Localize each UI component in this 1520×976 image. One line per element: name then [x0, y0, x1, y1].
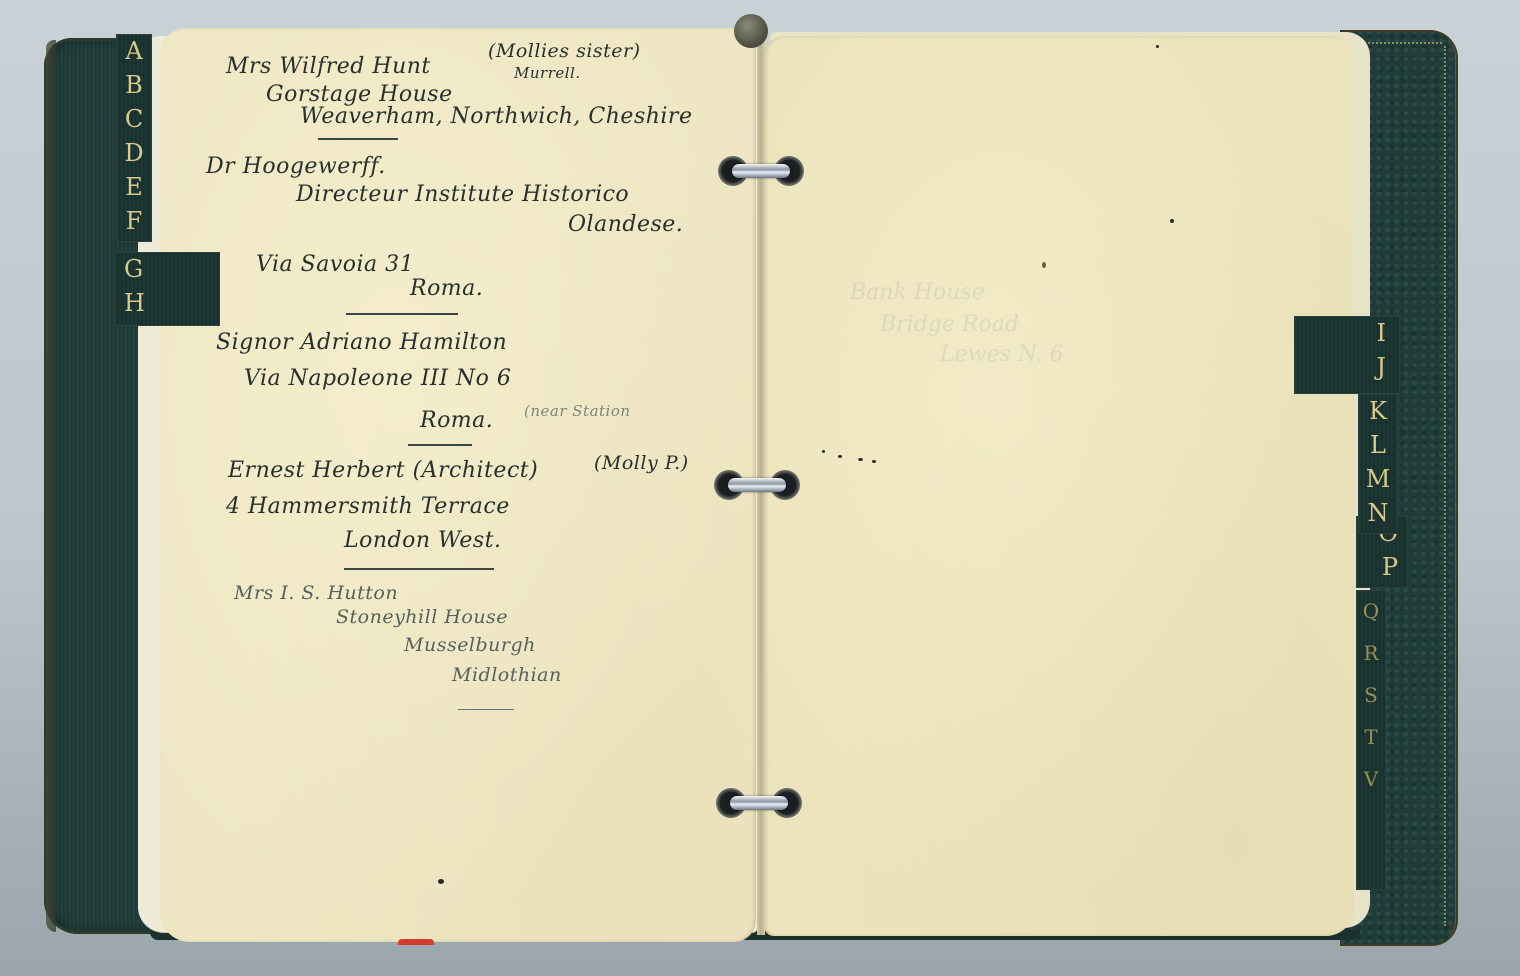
ink-speck	[872, 460, 876, 463]
index-tab-g-h[interactable]: G H	[114, 252, 220, 326]
index-tab-k-n[interactable]: K L M N	[1358, 394, 1398, 534]
tab-letter: V	[1356, 758, 1386, 800]
entry-name: Mrs I. S. Hutton	[234, 582, 398, 604]
entry-address-line: Via Napoleone III No 6	[244, 366, 511, 391]
entry-address-line: 4 Hammersmith Terrace	[226, 494, 510, 519]
index-tab-q-v[interactable]: Q R S T V	[1356, 590, 1386, 890]
ink-speck	[1170, 219, 1174, 223]
entry-address-line: Midlothian	[452, 664, 562, 686]
tab-letter: C	[116, 102, 152, 136]
ink-speck	[1156, 45, 1159, 48]
left-cover-edge	[46, 40, 56, 932]
entry-address-line: Via Savoia 31	[256, 252, 414, 277]
entry-note: (near Station	[524, 402, 631, 420]
entry-divider	[318, 138, 398, 140]
tab-letter: A	[116, 34, 152, 68]
tab-letter: E	[116, 170, 152, 204]
cover-stitching-top	[1360, 42, 1442, 44]
tab-letter: K	[1358, 394, 1398, 428]
binder-ring-bottom	[716, 784, 804, 822]
entry-divider	[408, 444, 472, 446]
entry-name: Ernest Herbert (Architect)	[228, 458, 538, 483]
entry-address-line: Roma.	[420, 408, 493, 433]
tab-letter: P	[1356, 550, 1398, 584]
entry-address-line: Weaverham, Northwich, Cheshire	[300, 104, 692, 129]
right-page	[764, 36, 1354, 936]
tab-letter: J	[1294, 350, 1386, 384]
tab-letter: I	[1294, 316, 1386, 350]
tab-letter: F	[116, 204, 152, 238]
tab-letter: L	[1358, 428, 1398, 462]
show-through-text: Lewes N. 6	[940, 342, 1064, 367]
tab-letter: Q	[1356, 590, 1386, 632]
entry-name: Dr Hoogewerff.	[206, 154, 386, 179]
entry-note: (Molly P.)	[594, 452, 689, 474]
ink-speck	[838, 455, 842, 458]
entry-address-line: Olandese.	[568, 212, 683, 237]
index-tab-i-j[interactable]: I J	[1294, 316, 1400, 394]
entry-note: Murrell.	[514, 64, 581, 82]
binder-ring-middle	[714, 466, 802, 504]
tab-letter: B	[116, 68, 152, 102]
entry-divider	[344, 568, 494, 570]
entry-address-line: Roma.	[410, 276, 483, 301]
red-ink-mark	[398, 939, 434, 945]
ink-speck	[1042, 262, 1046, 268]
entry-divider	[458, 709, 514, 710]
binder-clip	[734, 14, 768, 48]
entry-divider	[346, 313, 458, 315]
tab-letter: H	[124, 286, 220, 320]
tab-letter: D	[116, 136, 152, 170]
tab-letter: N	[1358, 496, 1398, 530]
entry-address-line: Directeur Institute Historico	[296, 182, 629, 207]
ink-speck	[858, 458, 863, 461]
ink-speck	[822, 450, 825, 453]
tab-letter: S	[1356, 674, 1386, 716]
entry-note: (Mollies sister)	[488, 40, 641, 62]
entry-name: Signor Adriano Hamilton	[216, 330, 507, 355]
entry-address-line: Stoneyhill House	[336, 606, 508, 628]
cover-stitching	[1444, 46, 1446, 926]
tab-letter: R	[1356, 632, 1386, 674]
entry-address-line: Musselburgh	[404, 634, 536, 656]
show-through-text: Bank House	[850, 280, 985, 305]
entry-name: Mrs Wilfred Hunt	[226, 54, 431, 79]
entry-address-line: London West.	[344, 528, 501, 553]
ink-speck	[438, 879, 444, 884]
index-tab-a-f[interactable]: A B C D E F	[116, 34, 152, 242]
show-through-text: Bridge Road	[880, 312, 1019, 337]
tab-letter: G	[124, 252, 220, 286]
tab-letter: T	[1356, 716, 1386, 758]
binder-ring-top	[718, 152, 806, 190]
tab-letter: M	[1358, 462, 1398, 496]
